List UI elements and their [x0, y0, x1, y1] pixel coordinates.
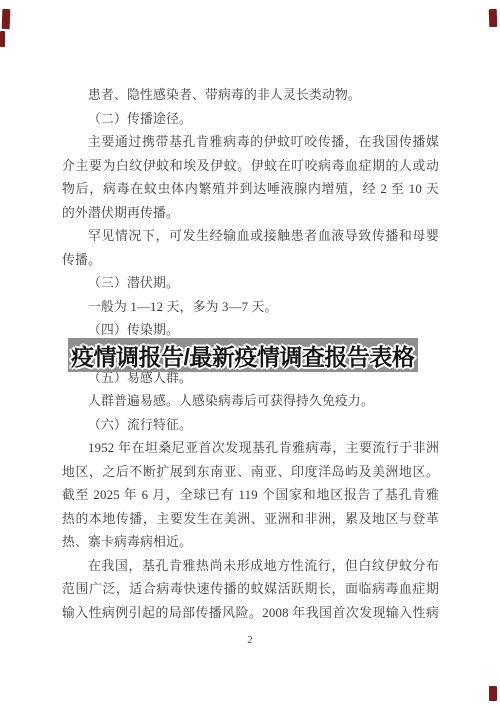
- text-line: 范围广泛，适合病毒快速传播的蚊媒活跃期长，面临病毒血症期: [62, 578, 439, 602]
- corner-mark-bottom-right: [489, 686, 497, 701]
- text-line: （六）流行特征。: [62, 414, 439, 438]
- text-line: 物后，病毒在蚊虫体内繁殖并到达唾液腺内增殖，经 2 至 10 天: [62, 178, 439, 202]
- corner-mark-top-left-b: [0, 31, 5, 47]
- text-line: 传播。: [62, 249, 439, 273]
- watermark-title: 疫情调报告/最新疫情调查报告表格: [71, 339, 414, 372]
- text-line: 的外潜伏期再传播。: [62, 202, 439, 226]
- text-line: 地区，之后不断扩展到东南亚、南亚、印度洋岛屿及美洲地区。: [62, 461, 439, 485]
- text-line: 在我国，基孔肯雅热尚未形成地方性流行，但白纹伊蚊分布: [62, 555, 439, 579]
- text-line: 罕见情况下，可发生经输血或接触患者血液导致传播和母婴: [62, 225, 439, 249]
- text-line: （三）潜伏期。: [62, 272, 439, 296]
- text-line: 主要通过携带基孔肯雅病毒的伊蚊叮咬传播，在我国传播媒: [62, 131, 439, 155]
- text-line: 输入性病例引起的局部传播风险。2008 年我国首次发现输入性病: [62, 602, 439, 626]
- text-line: 一般为 1—12 天，多为 3—7 天。: [62, 296, 439, 320]
- watermark-overlay: 疫情调报告/最新疫情调查报告表格: [68, 338, 418, 372]
- corner-mark-top-right: [489, 9, 498, 27]
- text-line: （二）传播途径。: [62, 108, 439, 132]
- text-line: 截至 2025 年 6 月，全球已有 119 个国家和地区报告了基孔肯雅: [62, 484, 439, 508]
- text-line: 患者、隐性感染者、带病毒的非人灵长类动物。: [62, 84, 439, 108]
- text-line: 人群普遍易感。人感染病毒后可获得持久免疫力。: [62, 390, 439, 414]
- document-page: 患者、隐性感染者、带病毒的非人灵长类动物。（二）传播途径。主要通过携带基孔肯雅病…: [0, 0, 500, 707]
- text-line: 热的本地传播，主要发生在美洲、亚洲和非洲，累及地区与登革: [62, 508, 439, 532]
- page-number: 2: [0, 634, 500, 646]
- text-line: 热、寨卡病毒病相近。: [62, 531, 439, 555]
- text-line: 介主要为白纹伊蚊和埃及伊蚊。伊蚊在叮咬病毒血症期的人或动: [62, 155, 439, 179]
- corner-mark-top-left-a: [2, 9, 11, 29]
- text-line: 1952 年在坦桑尼亚首次发现基孔肯雅病毒，主要流行于非洲: [62, 437, 439, 461]
